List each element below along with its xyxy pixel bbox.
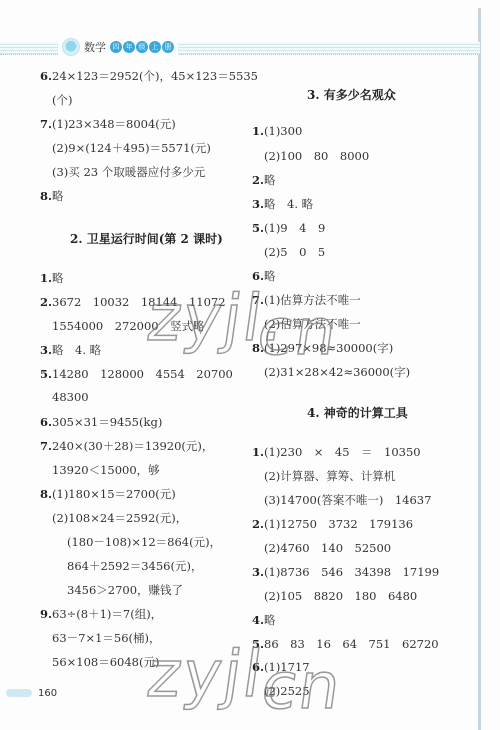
answer-text: (2)5 0 5	[264, 245, 325, 259]
item-number: 3.	[252, 197, 264, 211]
answer-text: 56×108＝6048(元)	[52, 655, 159, 669]
grade-char: 级	[136, 41, 148, 53]
subject-label: 数学	[84, 39, 106, 55]
watermark: cn	[257, 650, 347, 724]
item-number: 7.	[40, 439, 52, 453]
item-number: 9.	[40, 607, 52, 621]
page-tab-decoration	[6, 689, 32, 697]
answer-text: 63－7×1＝56(桶)，	[52, 631, 161, 645]
section-title: 4. 神奇的计算工具	[307, 406, 408, 420]
item-number: 7.	[40, 117, 52, 131]
answer-text: 48300	[52, 390, 89, 404]
answer-text: 3456＞2700，赚钱了	[67, 583, 183, 597]
answer-text: (2)105 8820 180 6480	[264, 589, 417, 603]
answer-text: 13920＜15000，够	[52, 463, 160, 477]
answer-text: (1)230 × 45 ＝ 10350	[264, 445, 421, 459]
item-number: 8.	[40, 189, 52, 203]
answer-text: (3)买 23 个取暖器应付多少元	[52, 165, 205, 179]
grade-char: 册	[162, 41, 174, 53]
answer-text: (3)14700(答案不唯一) 14637	[264, 493, 431, 507]
item-number: 1.	[252, 124, 264, 138]
grade-char: 上	[149, 41, 161, 53]
answer-text: 略	[264, 173, 276, 187]
answer-text: 略	[264, 269, 276, 283]
answer-text: 略	[52, 271, 64, 285]
page-edge	[478, 8, 481, 730]
answer-text: (1)180×15＝2700(元)	[52, 487, 176, 501]
page-number: 160	[38, 688, 57, 699]
item-number: 3.	[40, 343, 52, 357]
page-header: 数学 四 年 级 上 册	[58, 36, 178, 58]
answer-text: 14280 128000 4554 20700	[52, 367, 233, 381]
item-number: 3.	[252, 565, 264, 579]
item-number: 2.	[252, 517, 264, 531]
answer-text: 略	[264, 613, 276, 627]
answer-text: (1)8736 546 34398 17199	[264, 565, 439, 579]
grade-char: 四	[110, 41, 122, 53]
mascot-icon	[62, 38, 80, 56]
item-number: 5.	[40, 367, 52, 381]
item-number: 4.	[252, 613, 264, 627]
item-number: 6.	[40, 69, 52, 83]
item-number: 5.	[252, 221, 264, 235]
answer-text: (180－108)×12＝864(元)，	[67, 535, 221, 549]
answer-text: 305×31＝9455(kg)	[52, 415, 162, 429]
item-number: 6.	[252, 269, 264, 283]
item-number: 1.	[252, 445, 264, 459]
answer-text: (2)108×24＝2592(元)，	[52, 511, 187, 525]
answer-text: (2)100 80 8000	[264, 149, 369, 163]
answer-text: (个)	[52, 93, 72, 107]
answer-text: (1)23×348＝8004(元)	[52, 117, 176, 131]
grade-badge: 四 年 级 上 册	[110, 41, 174, 53]
item-number: 8.	[40, 487, 52, 501]
watermark: cn	[253, 296, 343, 370]
section-title: 3. 有多少名观众	[307, 88, 396, 102]
answer-text: (1)12750 3732 179136	[264, 517, 413, 531]
item-number: 1.	[40, 271, 52, 285]
answer-text: (2)计算器、算筹、计算机	[264, 469, 395, 483]
answer-text: 240×(30＋28)＝13920(元)，	[52, 439, 213, 453]
answer-text: (2)4760 140 52500	[264, 541, 391, 555]
item-number: 6.	[40, 415, 52, 429]
grade-char: 年	[123, 41, 135, 53]
answer-text: 63÷(8＋1)＝7(组)，	[52, 607, 162, 621]
answer-text: (1)300	[264, 124, 302, 138]
answer-text: 略 4. 略	[264, 197, 313, 211]
answer-text: (2)9×(124＋495)＝5571(元)	[52, 141, 211, 155]
item-number: 2.	[252, 173, 264, 187]
answer-text: 24×123＝2952(个)，45×123＝5535	[52, 69, 258, 83]
section-title: 2. 卫星运行时间(第 2 课时)	[70, 232, 223, 246]
item-number: 2.	[40, 295, 52, 309]
answer-text: 864＋2592＝3456(元)，	[67, 559, 202, 573]
answer-text: 略	[52, 189, 64, 203]
answer-text: 略 4. 略	[52, 343, 101, 357]
answer-text: (1)9 4 9	[264, 221, 325, 235]
